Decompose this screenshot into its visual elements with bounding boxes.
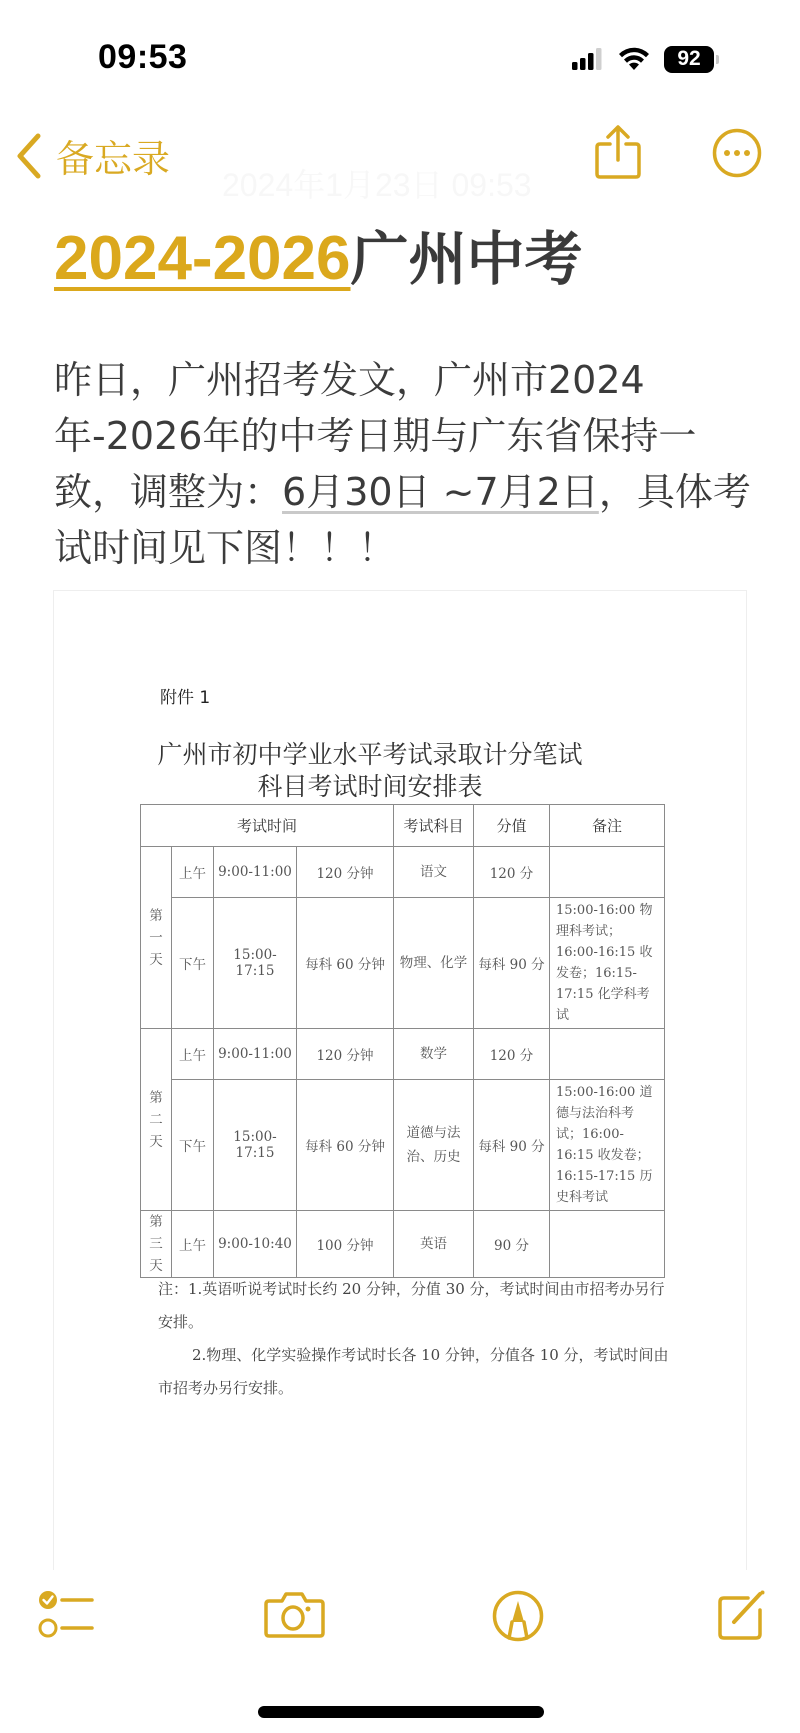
- checklist-button[interactable]: [38, 1590, 94, 1642]
- embedded-document-image[interactable]: 附件 1 广州市初中学业水平考试录取计分笔试 科目考试时间安排表 考试时间 考试…: [53, 590, 747, 1570]
- table-row: 第三天 上午 9:00-10:40 100 分钟 英语 90 分: [141, 1211, 665, 1278]
- header-exam-time: 考试时间: [141, 805, 394, 847]
- table-row: 第二天 上午 9:00-11:00 120 分钟 数学 120 分: [141, 1029, 665, 1080]
- exam-duration: 120 分钟: [297, 1029, 394, 1080]
- half-day: 下午: [172, 898, 214, 1029]
- exam-time: 9:00-10:40: [214, 1211, 297, 1278]
- title-year-link[interactable]: 2024-2026: [54, 224, 351, 293]
- exam-score: 120 分: [474, 1029, 550, 1080]
- document-title-line2: 科目考试时间安排表: [24, 771, 716, 803]
- wifi-icon: [618, 47, 650, 71]
- header-score: 分值: [474, 805, 550, 847]
- table-row: 下午 15:00-17:15 每科 60 分钟 道德与法治、历史 每科 90 分…: [141, 1080, 665, 1211]
- footnote-2: 2.物理、化学实验操作考试时长各 10 分钟，分值各 10 分，考试时间由市招考…: [158, 1339, 678, 1405]
- day-label: 第二天: [141, 1029, 172, 1211]
- exam-subject: 英语: [394, 1211, 474, 1278]
- battery-percent: 92: [677, 47, 700, 71]
- exam-subject: 道德与法治、历史: [394, 1080, 474, 1211]
- half-day: 上午: [172, 847, 214, 898]
- note-title[interactable]: 2024-2026广州中考: [54, 212, 583, 296]
- day-label: 第一天: [141, 847, 172, 1029]
- attachment-label: 附件 1: [160, 683, 210, 708]
- footnote-1: 注：1.英语听说考试时长约 20 分钟，分值 30 分，考试时间由市招考办另行安…: [158, 1273, 678, 1339]
- battery-indicator: 92: [664, 46, 714, 73]
- exam-remark: 15:00-16:00 物理科考试；16:00-16:15 收发卷；16:15-…: [550, 898, 665, 1029]
- half-day: 上午: [172, 1211, 214, 1278]
- exam-score: 120 分: [474, 847, 550, 898]
- more-options-button[interactable]: [712, 128, 762, 182]
- exam-remark: 15:00-16:00 道德与法治科考试；16:00-16:15 收发卷；16:…: [550, 1080, 665, 1211]
- exam-score: 每科 90 分: [474, 898, 550, 1029]
- date-range-link[interactable]: 6月30日 ~7月2日: [282, 470, 599, 514]
- markup-button[interactable]: [492, 1590, 544, 1646]
- compose-icon: [716, 1590, 766, 1640]
- exam-time: 9:00-11:00: [214, 847, 297, 898]
- chevron-left-icon: [16, 133, 42, 179]
- share-icon: [594, 124, 642, 180]
- share-button[interactable]: [594, 124, 642, 184]
- home-indicator[interactable]: [258, 1706, 544, 1718]
- camera-button[interactable]: [264, 1592, 326, 1642]
- camera-icon: [264, 1592, 326, 1638]
- exam-score: 90 分: [474, 1211, 550, 1278]
- status-icons: 92: [572, 44, 714, 74]
- exam-remark: [550, 1211, 665, 1278]
- table-row: 下午 15:00-17:15 每科 60 分钟 物理、化学 每科 90 分 15…: [141, 898, 665, 1029]
- exam-schedule-table: 考试时间 考试科目 分值 备注 第一天 上午 9:00-11:00 120 分钟…: [140, 804, 665, 1278]
- header-remarks: 备注: [550, 805, 665, 847]
- exam-remark: [550, 847, 665, 898]
- exam-duration: 100 分钟: [297, 1211, 394, 1278]
- status-time: 09:53: [98, 38, 187, 77]
- table-header-row: 考试时间 考试科目 分值 备注: [141, 805, 665, 847]
- table-row: 第一天 上午 9:00-11:00 120 分钟 语文 120 分: [141, 847, 665, 898]
- more-icon: [712, 128, 762, 178]
- half-day: 上午: [172, 1029, 214, 1080]
- back-label: 备忘录: [56, 128, 170, 183]
- document-title-line1: 广州市初中学业水平考试录取计分笔试: [24, 739, 716, 771]
- day-label: 第三天: [141, 1211, 172, 1278]
- half-day: 下午: [172, 1080, 214, 1211]
- exam-subject: 数学: [394, 1029, 474, 1080]
- note-body[interactable]: 昨日，广州招考发文，广州市2024年-2026年的中考日期与广东省保持一致，调整…: [54, 352, 754, 576]
- note-date-faded: 2024年1月23日 09:53: [222, 160, 532, 206]
- cellular-signal-icon: [572, 48, 604, 70]
- exam-score: 每科 90 分: [474, 1080, 550, 1211]
- exam-duration: 120 分钟: [297, 847, 394, 898]
- title-text: 广州中考: [351, 225, 583, 293]
- exam-subject: 语文: [394, 847, 474, 898]
- back-button[interactable]: 备忘录: [16, 128, 170, 183]
- exam-time: 15:00-17:15: [214, 898, 297, 1029]
- document-footnotes: 注：1.英语听说考试时长约 20 分钟，分值 30 分，考试时间由市招考办另行安…: [158, 1273, 678, 1405]
- exam-subject: 物理、化学: [394, 898, 474, 1029]
- exam-time: 15:00-17:15: [214, 1080, 297, 1211]
- exam-duration: 每科 60 分钟: [297, 898, 394, 1029]
- markup-icon: [492, 1590, 544, 1642]
- exam-duration: 每科 60 分钟: [297, 1080, 394, 1211]
- exam-remark: [550, 1029, 665, 1080]
- battery-tip: [716, 55, 719, 64]
- checklist-icon: [38, 1590, 94, 1638]
- header-subject: 考试科目: [394, 805, 474, 847]
- exam-time: 9:00-11:00: [214, 1029, 297, 1080]
- compose-button[interactable]: [716, 1590, 766, 1644]
